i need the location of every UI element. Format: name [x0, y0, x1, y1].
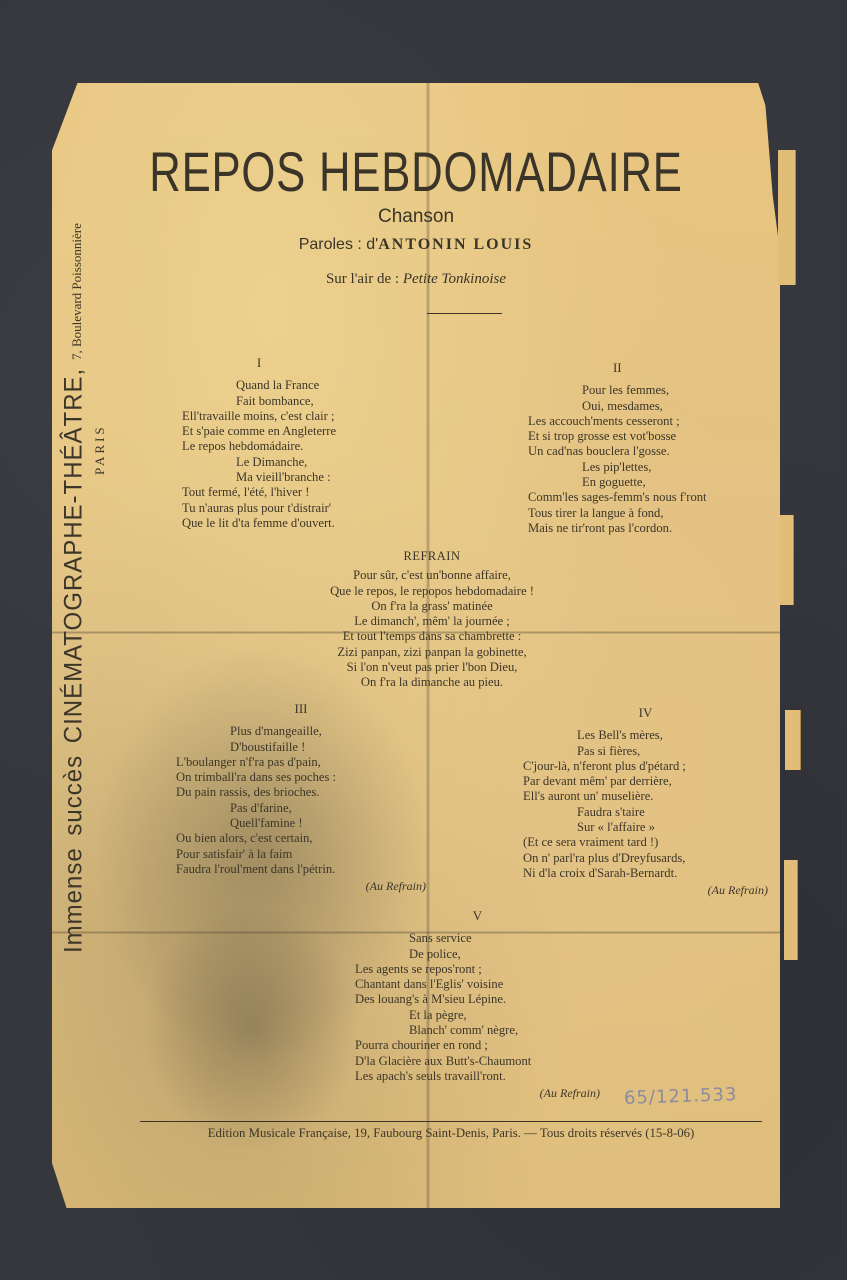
lyric-line: D'boustifaille ! [176, 740, 426, 755]
banner-venue: CINÉMATOGRAPHE-THÉÂTRE, [59, 368, 88, 743]
refrain-line: On f'ra la dimanche au pieu. [282, 675, 582, 690]
lyric-line: Les accouch'ments cesseront ; [528, 414, 707, 429]
lyric-line: Et s'paie comme en Angleterre [182, 424, 336, 439]
banner-succes: succès [59, 755, 88, 836]
side-banner: Immense succès CINÉMATOGRAPHE-THÉÂTRE, 7… [60, 353, 120, 953]
lyric-line: Un cad'nas bouclera l'gosse. [528, 444, 707, 459]
dirt-stain-lower [142, 903, 362, 1153]
stanza-2: II Pour les femmes, Oui, mesdames, Les a… [528, 360, 707, 536]
lyric-line: Comm'les sages-femm's nous f'ront [528, 490, 707, 505]
torn-edge-flap [785, 710, 801, 770]
lyric-line: C'jour-là, n'feront plus d'pétard ; [523, 759, 768, 774]
refrain-line: Que le repos, le repopos hebdomadaire ! [282, 584, 582, 599]
lyric-line: Tout fermé, l'été, l'hiver ! [182, 485, 336, 500]
lyric-line: Le repos hebdomádaire. [182, 439, 336, 454]
lyric-line: D'la Glacière aux Butt's-Chaumont [355, 1054, 600, 1069]
stanza-1: I Quand la France Fait bombance, Ell'tra… [182, 355, 336, 531]
stanza-number: III [176, 701, 426, 716]
publisher-footer: Edition Musicale Française, 19, Faubourg… [132, 1126, 770, 1141]
lyric-line: Et si trop grosse est vot'bosse [528, 429, 707, 444]
lyric-line: Sans service [355, 931, 600, 946]
lyric-line: Faudra l'roul'ment dans l'pétrin. [176, 862, 426, 877]
refrain-note: (Au Refrain) [523, 883, 768, 898]
torn-edge-flap [778, 150, 796, 285]
stanza-number: I [182, 355, 336, 370]
lyric-line: Fait bombance, [182, 394, 336, 409]
refrain-line: Zizi panpan, zizi panpan la gobinette, [282, 645, 582, 660]
lyric-line: L'boulanger n'f'ra pas d'pain, [176, 755, 426, 770]
stanza-4: IV Les Bell's mères, Pas si fières, C'jo… [523, 705, 768, 899]
lyricist-name: ANTONIN LOUIS [378, 236, 533, 253]
lyric-line: Les apach's seuls travaill'ront. [355, 1069, 600, 1084]
lyricist-prefix: Paroles : d' [299, 236, 379, 253]
lyric-line: Et la pègre, [355, 1008, 600, 1023]
song-subtitle: Chanson [52, 206, 780, 228]
lyricist-line: Paroles : d'ANTONIN LOUIS [52, 236, 780, 254]
lyric-line: Blanch' comm' nègre, [355, 1023, 600, 1038]
torn-edge-flap [784, 860, 798, 960]
tune-line: Sur l'air de : Petite Tonkinoise [52, 271, 780, 288]
lyric-line: Des louang's à M'sieu Lépine. [355, 992, 600, 1007]
tune-name: Petite Tonkinoise [403, 271, 506, 287]
lyric-line: Ma vieill'branche : [182, 470, 336, 485]
stanza-number: II [528, 360, 707, 375]
refrain-line: Pour sûr, c'est un'bonne affaire, [282, 568, 582, 583]
song-sheet: REPOS HEBDOMADAIRE Chanson Paroles : d'A… [52, 83, 780, 1208]
lyric-line: En goguette, [528, 475, 707, 490]
lyric-line: Ell's auront un' muselière. [523, 789, 768, 804]
refrain-line: Le dimanch', mêm' la journée ; [282, 614, 582, 629]
stanza-number: IV [523, 705, 768, 720]
lyric-line: Le Dimanche, [182, 455, 336, 470]
lyric-line: Ni d'la croix d'Sarah-Bernardt. [523, 866, 768, 881]
stanza-3: III Plus d'mangeaille, D'boustifaille ! … [176, 701, 426, 895]
lyric-line: Mais ne tir'ront pas l'cordon. [528, 521, 707, 536]
lyric-line: Oui, mesdames, [528, 399, 707, 414]
lyric-line: Du pain rassis, des brioches. [176, 785, 426, 800]
lyric-line: Tu n'auras plus pour t'distrair' [182, 501, 336, 516]
banner-address: 7, Boulevard Poissonnière [69, 223, 84, 360]
lyric-line: Tous tirer la langue à fond, [528, 506, 707, 521]
lyric-line: Sur « l'affaire » [523, 820, 768, 835]
song-title: REPOS HEBDOMADAIRE [132, 139, 700, 204]
lyric-line: Pour les femmes, [528, 383, 707, 398]
lyric-line: Pas d'farine, [176, 801, 426, 816]
refrain-line: On f'ra la grass' matinée [282, 599, 582, 614]
lyric-line: Pourra chouriner en rond ; [355, 1038, 600, 1053]
lyric-line: Les Bell's mères, [523, 728, 768, 743]
lyric-line: Pour satisfair' à la faim [176, 847, 426, 862]
stanza-number: V [355, 908, 600, 923]
catalog-number: 65/121.533 [624, 1084, 738, 1109]
refrain-heading: REFRAIN [282, 549, 582, 564]
lyric-line: (Et ce sera vraiment tard !) [523, 835, 768, 850]
lyric-line: On n' parl'ra plus d'Dreyfusards, [523, 851, 768, 866]
lyric-line: Chantant dans l'Eglis' voisine [355, 977, 600, 992]
lyric-line: Quell'famine ! [176, 816, 426, 831]
refrain: REFRAIN Pour sûr, c'est un'bonne affaire… [282, 549, 582, 691]
refrain-note: (Au Refrain) [176, 879, 426, 894]
lyric-line: Ou bien alors, c'est certain, [176, 831, 426, 846]
refrain-line: Et tout l'temps dans sa chambrette : [282, 629, 582, 644]
banner-prefix: Immense [59, 847, 88, 953]
lyric-line: Faudra s'taire [523, 805, 768, 820]
tune-prefix: Sur l'air de : [326, 271, 403, 287]
refrain-note: (Au Refrain) [355, 1086, 600, 1101]
lyric-line: Par devant mêm' par derrière, [523, 774, 768, 789]
footer-divider [140, 1121, 762, 1122]
lyric-line: Les agents se repos'ront ; [355, 962, 600, 977]
lyric-line: Ell'travaille moins, c'est clair ; [182, 409, 336, 424]
banner-city: PARIS [92, 424, 108, 475]
lyric-line: De police, [355, 947, 600, 962]
stanza-5: V Sans service De police, Les agents se … [355, 908, 600, 1102]
lyric-line: Plus d'mangeaille, [176, 724, 426, 739]
lyric-line: On trimball'ra dans ses poches : [176, 770, 426, 785]
lyric-line: Quand la France [182, 378, 336, 393]
lyric-line: Pas si fières, [523, 744, 768, 759]
lyric-line: Les pip'lettes, [528, 460, 707, 475]
lyric-line: Que le lit d'ta femme d'ouvert. [182, 516, 336, 531]
torn-edge-flap [780, 515, 794, 605]
refrain-line: Si l'on n'veut pas prier l'bon Dieu, [282, 660, 582, 675]
title-divider [427, 313, 502, 314]
